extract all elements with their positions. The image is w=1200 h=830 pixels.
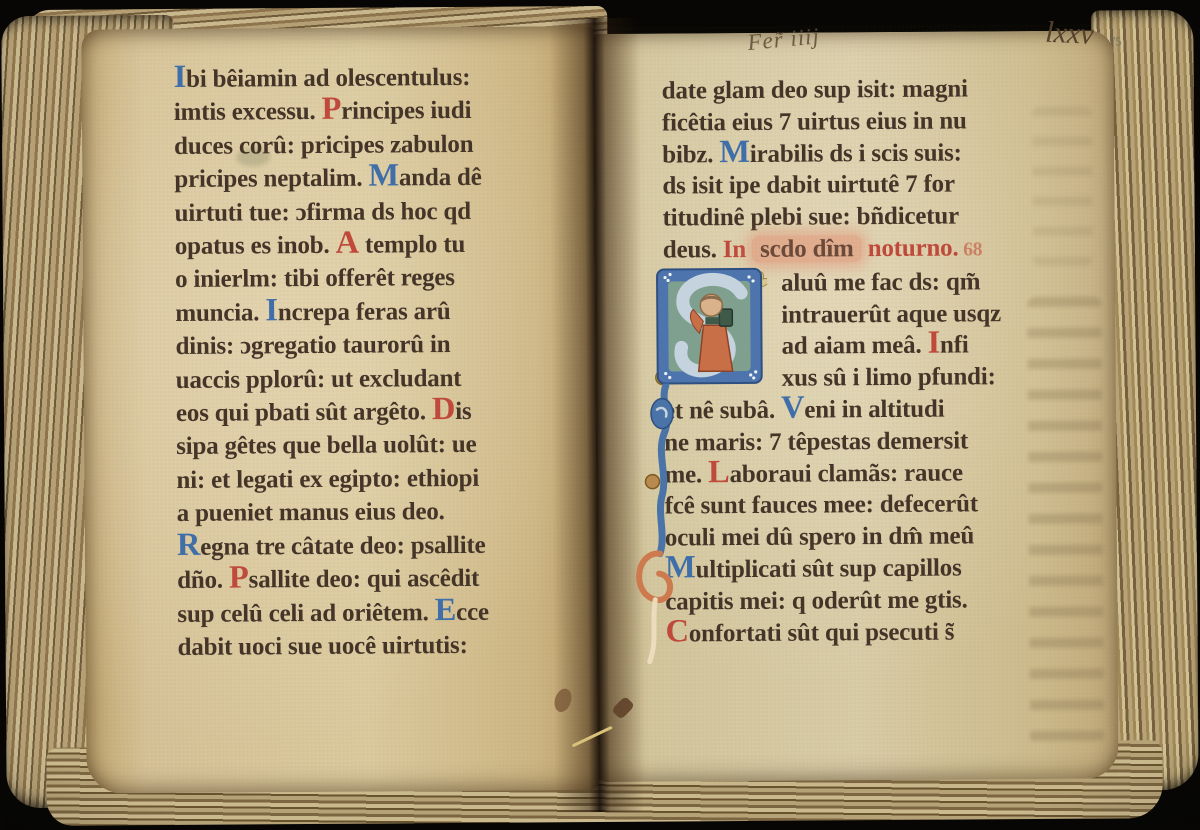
text-segment: ni: et legati ex egipto: ethiopi [176,465,479,494]
manuscript-text-line: Regna tre câtate deo: psallite [177,528,591,564]
colored-initial: noturno. [862,234,959,262]
text-segment: ad aiam meâ. [781,332,927,360]
text-segment: muncia. [175,299,265,327]
manuscript-text-line: bibz. Mirabilis ds i scis suis: [662,136,1074,171]
text-segment: 68 [958,239,982,260]
manuscript-photo: Fer̃ iiij lxxv 75 Ibi bêiamin ad olescen… [0,0,1200,830]
colored-initial: L [708,454,730,490]
manuscript-text-line: muncia. Increpa feras arû [175,294,589,330]
text-segment: capitis mei: q oderût me gtis. [665,586,967,615]
text-segment: irabilis ds i scis suis: [750,139,962,167]
text-segment: opatus es inob. [175,232,336,260]
text-segment: intrauerût aque usqz [781,300,1001,329]
text-segment: ultiplicati sût sup capillos [695,554,961,583]
manuscript-text-line: dinis: ɔgregatio taurorû in [175,327,589,363]
manuscript-text-line: titudinê plebi sue: bñdicetur [663,200,1075,235]
text-segment: uirtuti tue: ɔfirma ds hoc qd [174,198,470,227]
manuscript-text-line: pricipes neptalim. Manda dê [174,160,588,196]
colored-initial: I [927,325,940,361]
text-segment: fcê sunt fauces mee: defecerût [665,491,978,520]
colored-initial: E [434,592,456,628]
colored-initial: M [719,134,750,170]
colored-initial: D [432,391,456,427]
manuscript-text-line: opatus es inob. A templo tu [175,227,589,263]
text-segment: dinis: ɔgregatio taurorû in [175,331,450,360]
manuscript-text-line: date glam deo sup isit: magni [662,73,1074,108]
manuscript-text-line: a pueniet manus eius deo. [177,494,591,530]
manuscript-text-line: imtis excessu. Principes iudi [174,93,588,129]
manuscript-text-line: fcê sunt fauces mee: defecerût [665,488,1077,523]
colored-initial: I [174,59,187,95]
text-segment: scdo dîm [752,235,862,263]
manuscript-text-line: Ibi bêiamin ad olescentulus: [174,60,588,96]
illuminated-initial-artwork [653,263,768,392]
flourish-curl [639,553,670,600]
text-segment: duces corû: pricipes zabulon [174,131,473,160]
text-segment: xus sû i limo pfundi: [782,363,996,391]
margin-flourish-artwork [626,383,690,665]
manuscript-text-line: o inierlm: tibi offerêt reges [175,261,589,297]
flourish-tail [649,600,655,662]
text-segment: onfortati sût qui psecuti s̃ [689,618,955,647]
manuscript-text-line: oculi mei dû spero in dm̂ meû [665,520,1077,555]
text-segment: deus. [663,236,723,263]
text-segment: eni in altitudi [804,396,944,424]
text-segment: is [455,398,471,425]
text-segment: dabit uoci sue uocê uirtutis: [178,632,468,661]
text-segment: nfi [940,332,969,359]
manuscript-text-line: uaccis pplorû: ut excludant [176,361,590,397]
manuscript-text-line: eos qui pbati sût argêto. Dis [176,394,590,430]
manuscript-text-line: me. Laboraui clamãs: rauce [664,456,1076,491]
margin-flourish [626,383,690,665]
text-segment: pricipes neptalim. [174,165,368,193]
text-segment: ncrepa feras arû [278,298,451,326]
text-segment: templo tu [359,231,466,259]
colored-initial: R [177,526,201,562]
text-segment: dño. [177,567,229,594]
flourish-gold-dot [645,475,659,489]
text-segment: ds isit ipe dabit uirtutê 7 for [662,171,955,200]
manuscript-text-line: Confortati sût qui psecuti s̃ [665,615,1077,650]
manuscript-text-line: ni: et legati ex egipto: ethiopi [176,461,590,497]
text-segment: aluû me fac ds: qm̃ [781,268,980,296]
manuscript-text-line: sup celû celi ad oriêtem. Ecce [177,595,591,631]
text-segment: imtis excessu. [174,98,322,126]
text-segment: egna tre câtate deo: psallite [200,531,486,560]
pencil-folio-number: 75 [1109,34,1121,49]
colored-initial: P [229,560,249,596]
text-segment: date glam deo sup isit: magni [662,75,968,104]
colored-initial: M [368,158,399,194]
text-segment: a pueniet manus eius deo. [177,498,445,527]
text-segment: sallite deo: qui ascêdit [249,565,480,594]
colored-initial: A [335,225,359,261]
text-segment: o inierlm: tibi offerêt reges [175,264,455,293]
text-segment: bi bêiamin ad olescentulus: [186,64,470,93]
manuscript-text-line: uirtuti tue: ɔfirma ds hoc qd [174,194,588,230]
manuscript-text-line: capitis mei: q oderût me gtis. [665,583,1077,618]
text-segment: aboraui clamãs: rauce [729,459,962,488]
left-page-text-column: Ibi bêiamin ad olescentulus:imtis excess… [174,60,592,664]
text-segment: oculi mei dû spero in dm̂ meû [665,523,974,552]
manuscript-text-line: Multiplicati sût sup capillos [665,552,1077,587]
manuscript-text-line: sipa gêtes que bella uolût: ue [176,428,590,464]
text-segment: sup celû celi ad oriêtem. [177,599,434,628]
colored-initial: In [723,236,752,263]
folio-number: lxxv [1045,16,1095,52]
text-segment: anda dê [399,164,482,192]
manuscript-text-line: et nê subâ. Veni in altitudi [664,393,1076,428]
manuscript-text-line: dabit uoci sue uocê uirtutis: [177,628,591,664]
illuminated-initial-s [653,263,768,392]
text-segment: bibz. [662,141,719,168]
text-segment: eos qui pbati sût argêto. [176,398,432,427]
colored-initial: I [265,292,278,328]
text-segment: cce [456,598,489,625]
manuscript-text-line: dño. Psallite deo: qui ascêdit [177,561,591,597]
flourish-knot [651,398,673,428]
manuscript-text-line: ds isit ipe dabit uirtutê 7 for [662,168,1074,203]
text-segment: sipa gêtes que bella uolût: ue [176,431,476,460]
colored-initial: V [781,390,805,426]
text-segment: uaccis pplorû: ut excludant [176,365,462,394]
text-segment: titudinê plebi sue: bñdicetur [663,203,960,232]
open-book: Fer̃ iiij lxxv 75 Ibi bêiamin ad olescen… [0,0,1200,830]
text-segment: ne maris: 7 têpestas demersit [664,427,968,456]
colored-initial: P [321,91,341,127]
text-segment: rincipes iudi [341,97,471,125]
text-segment: ficêtia eius 7 uirtus eius in nu [662,107,967,136]
